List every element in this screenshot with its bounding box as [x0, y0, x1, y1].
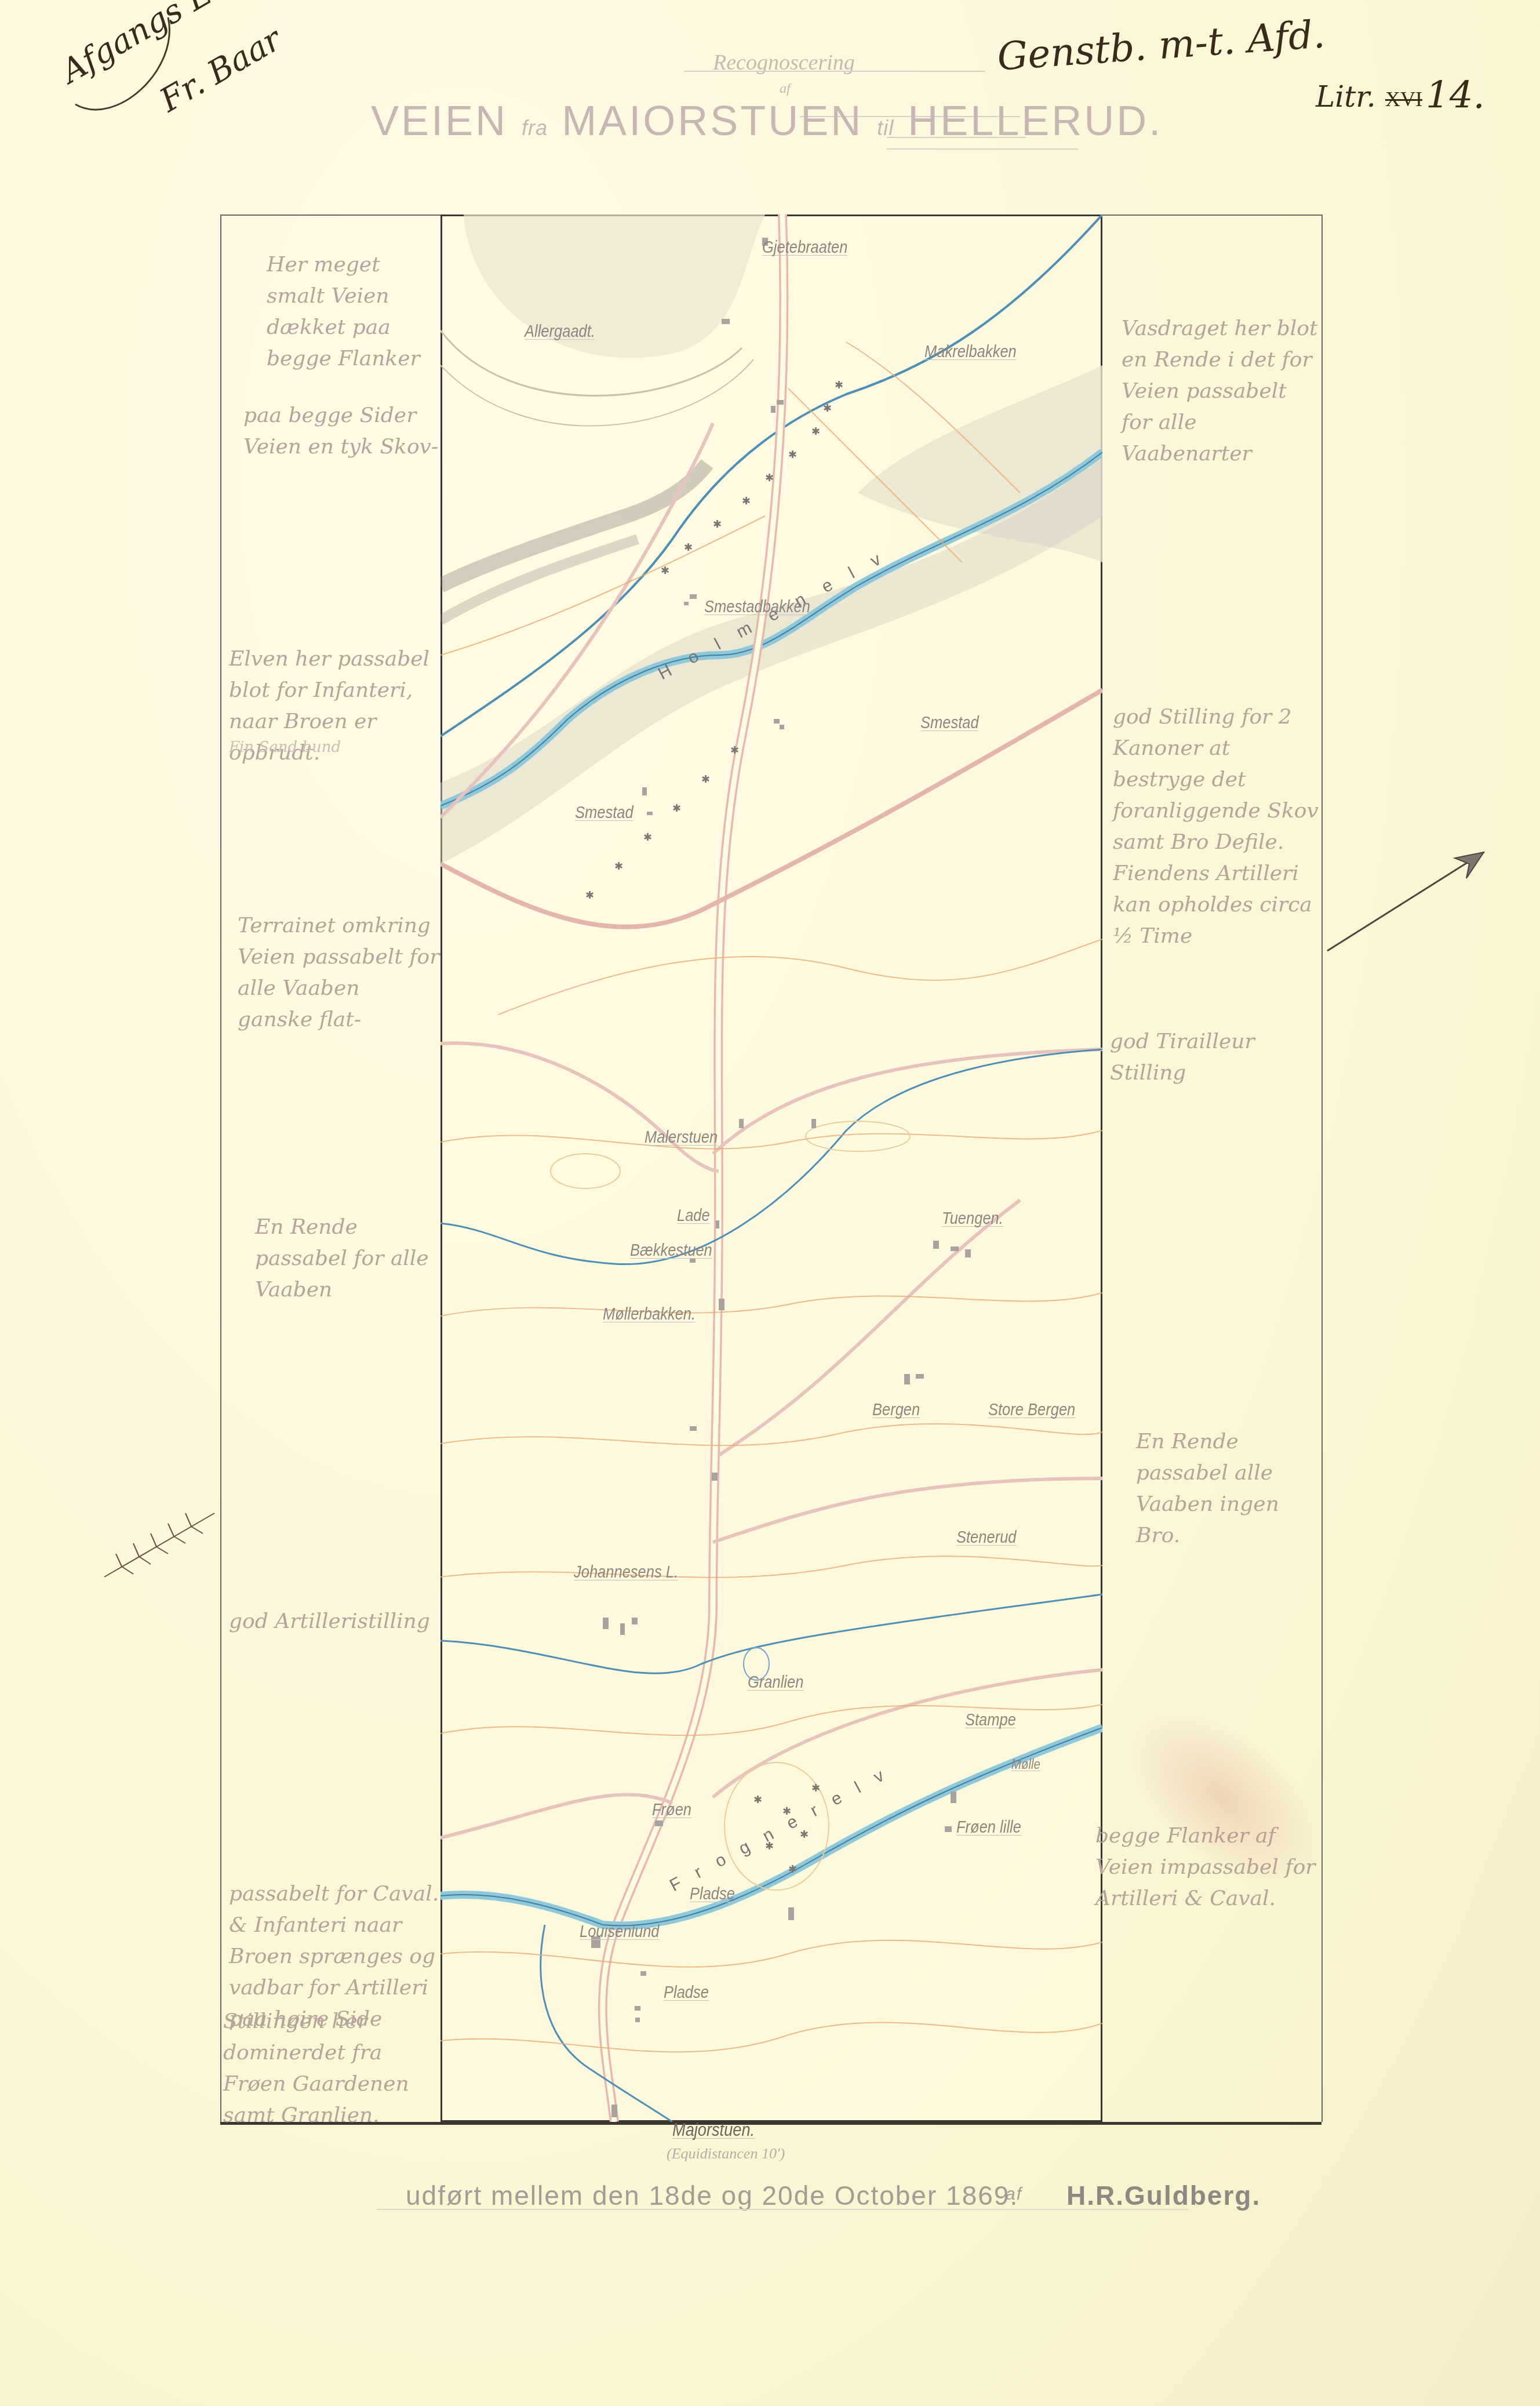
column-top-border	[1101, 215, 1321, 216]
place-louisenlund: Louisenlund	[580, 1922, 660, 1940]
title-veien: VEIEN	[371, 98, 508, 144]
svg-text:✱: ✱	[701, 773, 710, 786]
place-mollerbakken: Møllerbakken.	[603, 1304, 696, 1322]
footer-af: af	[1006, 2185, 1022, 2204]
svg-text:✱: ✱	[811, 1782, 820, 1794]
place-malerstuen: Malerstuen	[645, 1128, 718, 1146]
left-note-5: En Rende passabel for alle Vaaben	[255, 1212, 429, 1306]
place-majorstuen: Majorstuen.	[672, 2119, 755, 2139]
svg-text:✱: ✱	[713, 518, 722, 530]
svg-text:✱: ✱	[811, 426, 820, 438]
left-note-1: Her meget smalt Veien dækket paa begge F…	[267, 249, 440, 375]
right-note-3: god Tirailleur Stilling	[1110, 1026, 1319, 1089]
map-title: VEIEN fra MAIORSTUEN til HELLERUD.	[371, 97, 1163, 145]
svg-text:✱: ✱	[684, 541, 693, 554]
title-from: MAIORSTUEN	[562, 98, 863, 144]
svg-text:✱: ✱	[800, 1829, 809, 1841]
title-to: HELLERUD.	[908, 98, 1163, 144]
left-note-3b: Fin Sand bund	[229, 732, 403, 763]
place-pladse-1: Pladse	[690, 1884, 735, 1902]
column-top-border	[220, 215, 440, 216]
svg-text:✱: ✱	[742, 495, 751, 507]
left-column-border	[220, 215, 221, 2122]
svg-text:✱: ✱	[672, 802, 681, 815]
svg-text:✱: ✱	[753, 1794, 762, 1806]
place-makrelbakken: Makrelbakken	[924, 342, 1017, 360]
author-name: H.R.Guldberg.	[1066, 2180, 1261, 2211]
left-note-2: paa begge Sider Veien en tyk Skov-	[243, 400, 440, 463]
place-froen-lille: Frøen lille	[956, 1818, 1021, 1836]
place-gjetebraaten: Gjetebraaten	[762, 238, 847, 256]
left-note-4: Terrainet omkring Veien passabelt for al…	[238, 910, 440, 1035]
right-note-1: Vasdraget her blot en Rende i det for Ve…	[1122, 313, 1319, 470]
place-baekkestuen: Bækkestuen	[630, 1241, 712, 1259]
left-note-8: Stillingen her dominerdet fra Frøen Gaar…	[223, 2006, 443, 2131]
place-johannesens: Johannesens L.	[574, 1562, 678, 1580]
north-arrow-icon	[1321, 841, 1495, 957]
place-smestadbakken: Smestadbakken	[704, 597, 810, 615]
svg-text:✱: ✱	[788, 449, 797, 461]
litra-label: Litr.	[1316, 80, 1376, 114]
place-stenerud: Stenerud	[956, 1528, 1017, 1546]
svg-text:✱: ✱	[643, 831, 652, 844]
place-store-bergen: Store Bergen	[988, 1400, 1075, 1418]
place-allergaadt: Allergaadt.	[525, 322, 595, 340]
svg-text:✱: ✱	[585, 889, 594, 902]
place-froen: Frøen	[652, 1800, 691, 1818]
place-smestad-east: Smestad	[920, 713, 979, 731]
feathered-arrow-icon	[99, 1502, 226, 1583]
equidistance-note: (Equidistancen 10')	[667, 2145, 785, 2163]
title-rule	[684, 71, 985, 72]
footer-rule	[377, 2209, 1188, 2210]
place-pladse-2: Pladse	[664, 1983, 709, 2001]
title-til: til	[877, 116, 894, 140]
svg-text:✱: ✱	[730, 744, 739, 757]
right-note-2: god Stilling for 2 Kanoner at bestryge d…	[1113, 702, 1321, 952]
svg-text:✱: ✱	[788, 1863, 797, 1876]
litra-struck-number: XVI	[1385, 87, 1422, 111]
place-molle: Mølle	[1011, 1757, 1040, 1771]
title-rule	[887, 148, 1078, 150]
place-tuengen: Tuengen.	[942, 1209, 1003, 1227]
svg-text:✱: ✱	[614, 860, 623, 873]
survey-date-line: udført mellem den 18de og 20de October 1…	[406, 2180, 1018, 2211]
title-af: af	[780, 81, 791, 97]
svg-text:✱: ✱	[835, 379, 843, 391]
svg-text:✱: ✱	[661, 565, 669, 577]
archive-ref: Genstb. m-t. Afd.	[996, 12, 1326, 79]
title-fra: fra	[522, 116, 548, 140]
place-lade: Lade	[677, 1206, 710, 1224]
svg-text:✱: ✱	[765, 472, 774, 484]
place-smestad-west: Smestad	[575, 803, 634, 821]
svg-text:✱: ✱	[823, 402, 832, 415]
litra-number: 14.	[1426, 74, 1485, 117]
place-granlien: Granlien	[748, 1673, 803, 1691]
left-note-6: god Artilleristilling	[229, 1606, 443, 1637]
signature-flourish	[70, 12, 185, 139]
place-bergen: Bergen	[872, 1400, 920, 1418]
place-stampe: Stampe	[965, 1710, 1016, 1728]
right-note-4: En Rende passabel alle Vaaben ingen Bro.	[1136, 1426, 1327, 1551]
